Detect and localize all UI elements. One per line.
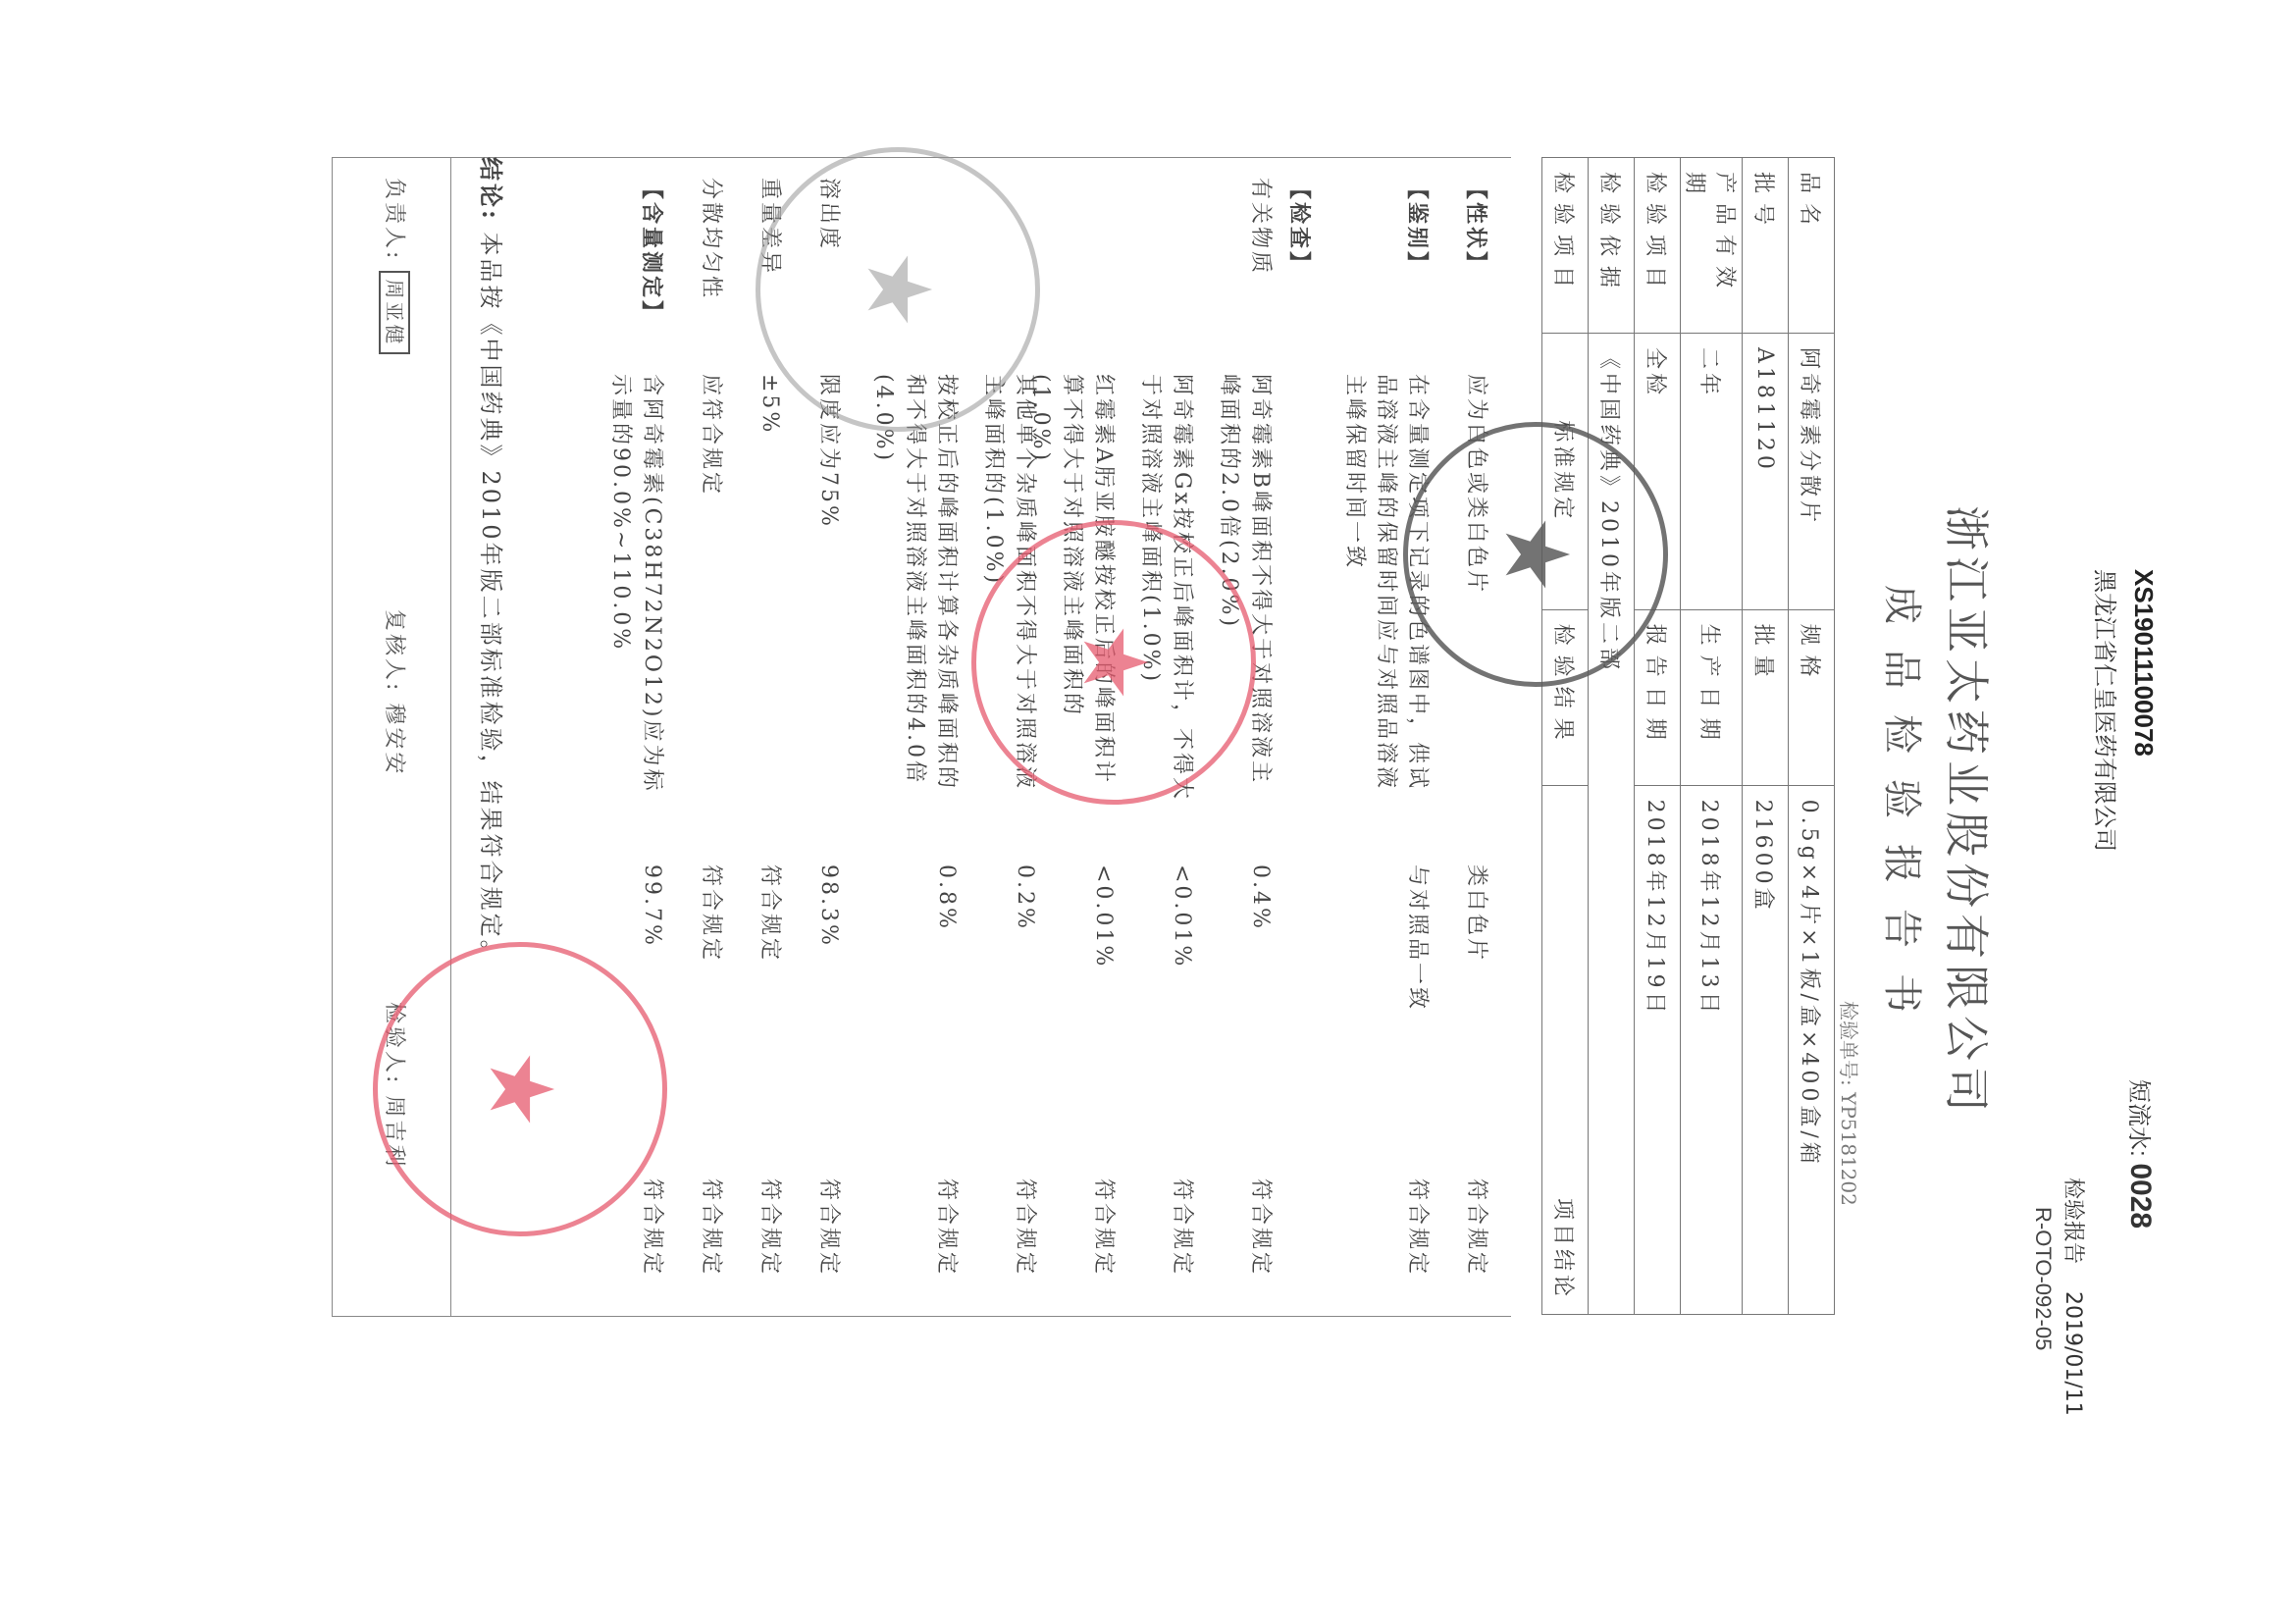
conclusion-value: 符合规定 bbox=[1009, 1178, 1040, 1316]
section-title: 【含量测定】 bbox=[636, 178, 667, 335]
conclusion-value: 符合规定 bbox=[1087, 1178, 1119, 1316]
inspection-report-page: XS19011100078 黑龙江省仁皇医药有限公司 短流水: 0028 检验报… bbox=[0, 0, 2296, 1623]
info-value2: 0.5g×4片×1板/盒×400盒/箱 bbox=[1789, 785, 1835, 1314]
approver-label: 负责人: bbox=[382, 178, 406, 261]
info-label: 品名 bbox=[1789, 158, 1835, 334]
conclusion-value: 符合规定 bbox=[812, 1178, 844, 1316]
flow-label: 短流水: bbox=[2125, 1079, 2152, 1157]
info-row: 检验项目 全检 报告日期 2018年12月19日 bbox=[1635, 158, 1681, 1315]
info-row: 批号 A181120 批量 21600盒 bbox=[1743, 158, 1789, 1315]
info-value: 二年 bbox=[1681, 334, 1743, 610]
info-row: 产品有效期 二年 生产日期 2018年12月13日 bbox=[1681, 158, 1743, 1315]
conclusion-text: 本品按《中国药典》2010年版二部标准检验，结果符合规定。 bbox=[477, 233, 504, 967]
star-icon: ★ bbox=[1491, 515, 1580, 595]
star-icon: ★ bbox=[476, 1050, 564, 1129]
conclusion-value: 符合规定 bbox=[1460, 1178, 1491, 1316]
conclusion-value: 符合规定 bbox=[930, 1178, 962, 1316]
col-item: 检验项目 bbox=[1542, 158, 1589, 334]
info-label: 批号 bbox=[1743, 158, 1789, 334]
conclusion-label: 结论: bbox=[477, 157, 505, 222]
info-label2: 规格 bbox=[1789, 609, 1835, 785]
result-value: 0.4% bbox=[1244, 864, 1276, 1061]
info-value2: 2018年12月13日 bbox=[1681, 785, 1743, 1314]
standard-text: 含阿奇霉素(C38H72N2O12)应为标示量的90.0%~110.0% bbox=[604, 374, 667, 806]
standard-text: 按校正后的峰面积计算各杂质峰面积的和不得大于对照溶液主峰面积的4.0倍(4.0%… bbox=[867, 374, 962, 806]
report-number: 检验单号: YP5181202 bbox=[1836, 1001, 1864, 1206]
conclusion-value: 符合规定 bbox=[754, 1178, 785, 1316]
info-label: 检验依据 bbox=[1589, 158, 1635, 334]
document-number: XS19011100078 bbox=[2128, 569, 2159, 757]
conclusion-value: 符合规定 bbox=[636, 1178, 667, 1316]
standard-text: 限度应为75% bbox=[812, 374, 844, 806]
column-header-row: 检验项目 标准规定 检验结果 项目结论 bbox=[1542, 158, 1589, 1315]
conclusion-value: 符合规定 bbox=[695, 1178, 726, 1316]
conclusion-value: 符合规定 bbox=[1401, 1178, 1433, 1316]
conclusion: 结论: 本品按《中国药典》2010年版二部标准检验，结果符合规定。 bbox=[476, 157, 510, 967]
section-title: 【鉴别】 bbox=[1401, 178, 1433, 335]
star-icon: ★ bbox=[1070, 623, 1158, 703]
result-value: 98.3% bbox=[812, 864, 844, 1061]
result-value: 符合规定 bbox=[754, 864, 785, 1061]
info-value: A181120 bbox=[1743, 334, 1789, 610]
approver: 负责人: 周亚健 bbox=[381, 178, 411, 354]
result-value: <0.01% bbox=[1087, 864, 1119, 1061]
result-value: 类白色片 bbox=[1460, 864, 1491, 1061]
info-value2: 21600盒 bbox=[1743, 785, 1789, 1314]
info-label: 产品有效期 bbox=[1681, 158, 1743, 334]
section-title: 【性状】 bbox=[1460, 178, 1491, 335]
info-value: 阿奇霉素分散片 bbox=[1789, 334, 1835, 610]
col-conclusion: 项目结论 bbox=[1542, 785, 1589, 1314]
report-title: 成品检验报告书 bbox=[1877, 0, 1933, 1623]
reviewer-label: 复核人: bbox=[382, 609, 406, 693]
customer-name: 黑龙江省仁皇医药有限公司 bbox=[2090, 569, 2124, 852]
report-number-label: 检验单号: bbox=[1837, 1001, 1860, 1086]
star-icon: ★ bbox=[854, 250, 942, 330]
form-code: R-OTO-092-05 bbox=[2030, 1207, 2056, 1350]
report-date: 2019/01/11 bbox=[2061, 1291, 2085, 1416]
report-type-date: 检验报告 2019/01/11 bbox=[2060, 1178, 2090, 1416]
info-label2: 批量 bbox=[1743, 609, 1789, 785]
info-label: 检验项目 bbox=[1635, 158, 1681, 334]
flow-number: 短流水: 0028 bbox=[2123, 1079, 2159, 1229]
flow-value: 0028 bbox=[2124, 1163, 2157, 1229]
info-row: 检验依据 《中国药典》2010年版二部 bbox=[1589, 158, 1635, 1315]
distributor-quality-stamp: ★ bbox=[756, 147, 1040, 432]
item-label: 分散均匀性 bbox=[695, 178, 726, 335]
company-quality-stamp: ★ bbox=[1403, 422, 1668, 687]
info-row: 品名 阿奇霉素分散片 规格 0.5g×4片×1板/盒×400盒/箱 bbox=[1789, 158, 1835, 1315]
report-number-value: YP5181202 bbox=[1837, 1092, 1860, 1206]
product-info-table: 品名 阿奇霉素分散片 规格 0.5g×4片×1板/盒×400盒/箱 批号 A18… bbox=[1541, 157, 1835, 1315]
standard-text: 应符合规定 bbox=[695, 374, 726, 806]
conclusion-value: 符合规定 bbox=[1244, 1178, 1276, 1316]
report-type: 检验报告 bbox=[2061, 1178, 2085, 1264]
result-value: 与对照品一致 bbox=[1401, 864, 1433, 1061]
result-value: 0.2% bbox=[1009, 864, 1040, 1061]
customer-quality-stamp: ★ bbox=[971, 520, 1256, 805]
customer-quality-stamp-2: ★ bbox=[373, 942, 667, 1236]
info-value2: 2018年12月19日 bbox=[1635, 785, 1681, 1314]
standard-text: ±5% bbox=[754, 374, 785, 806]
result-value: <0.01% bbox=[1166, 864, 1197, 1061]
info-label2: 生产日期 bbox=[1681, 609, 1743, 785]
section-title: 【检查】 bbox=[1283, 178, 1315, 335]
reviewer-name: 穆安安 bbox=[382, 703, 406, 776]
result-value: 符合规定 bbox=[695, 864, 726, 1061]
company-title: 浙江亚太药业股份有限公司 bbox=[1937, 0, 2002, 1623]
info-label2: 报告日期 bbox=[1635, 609, 1681, 785]
approver-seal: 周亚健 bbox=[379, 271, 410, 354]
item-label: 有关物质 bbox=[1244, 178, 1276, 335]
conclusion-value: 符合规定 bbox=[1166, 1178, 1197, 1316]
reviewer: 复核人: 穆安安 bbox=[381, 609, 411, 776]
result-value: 0.8% bbox=[930, 864, 962, 1061]
